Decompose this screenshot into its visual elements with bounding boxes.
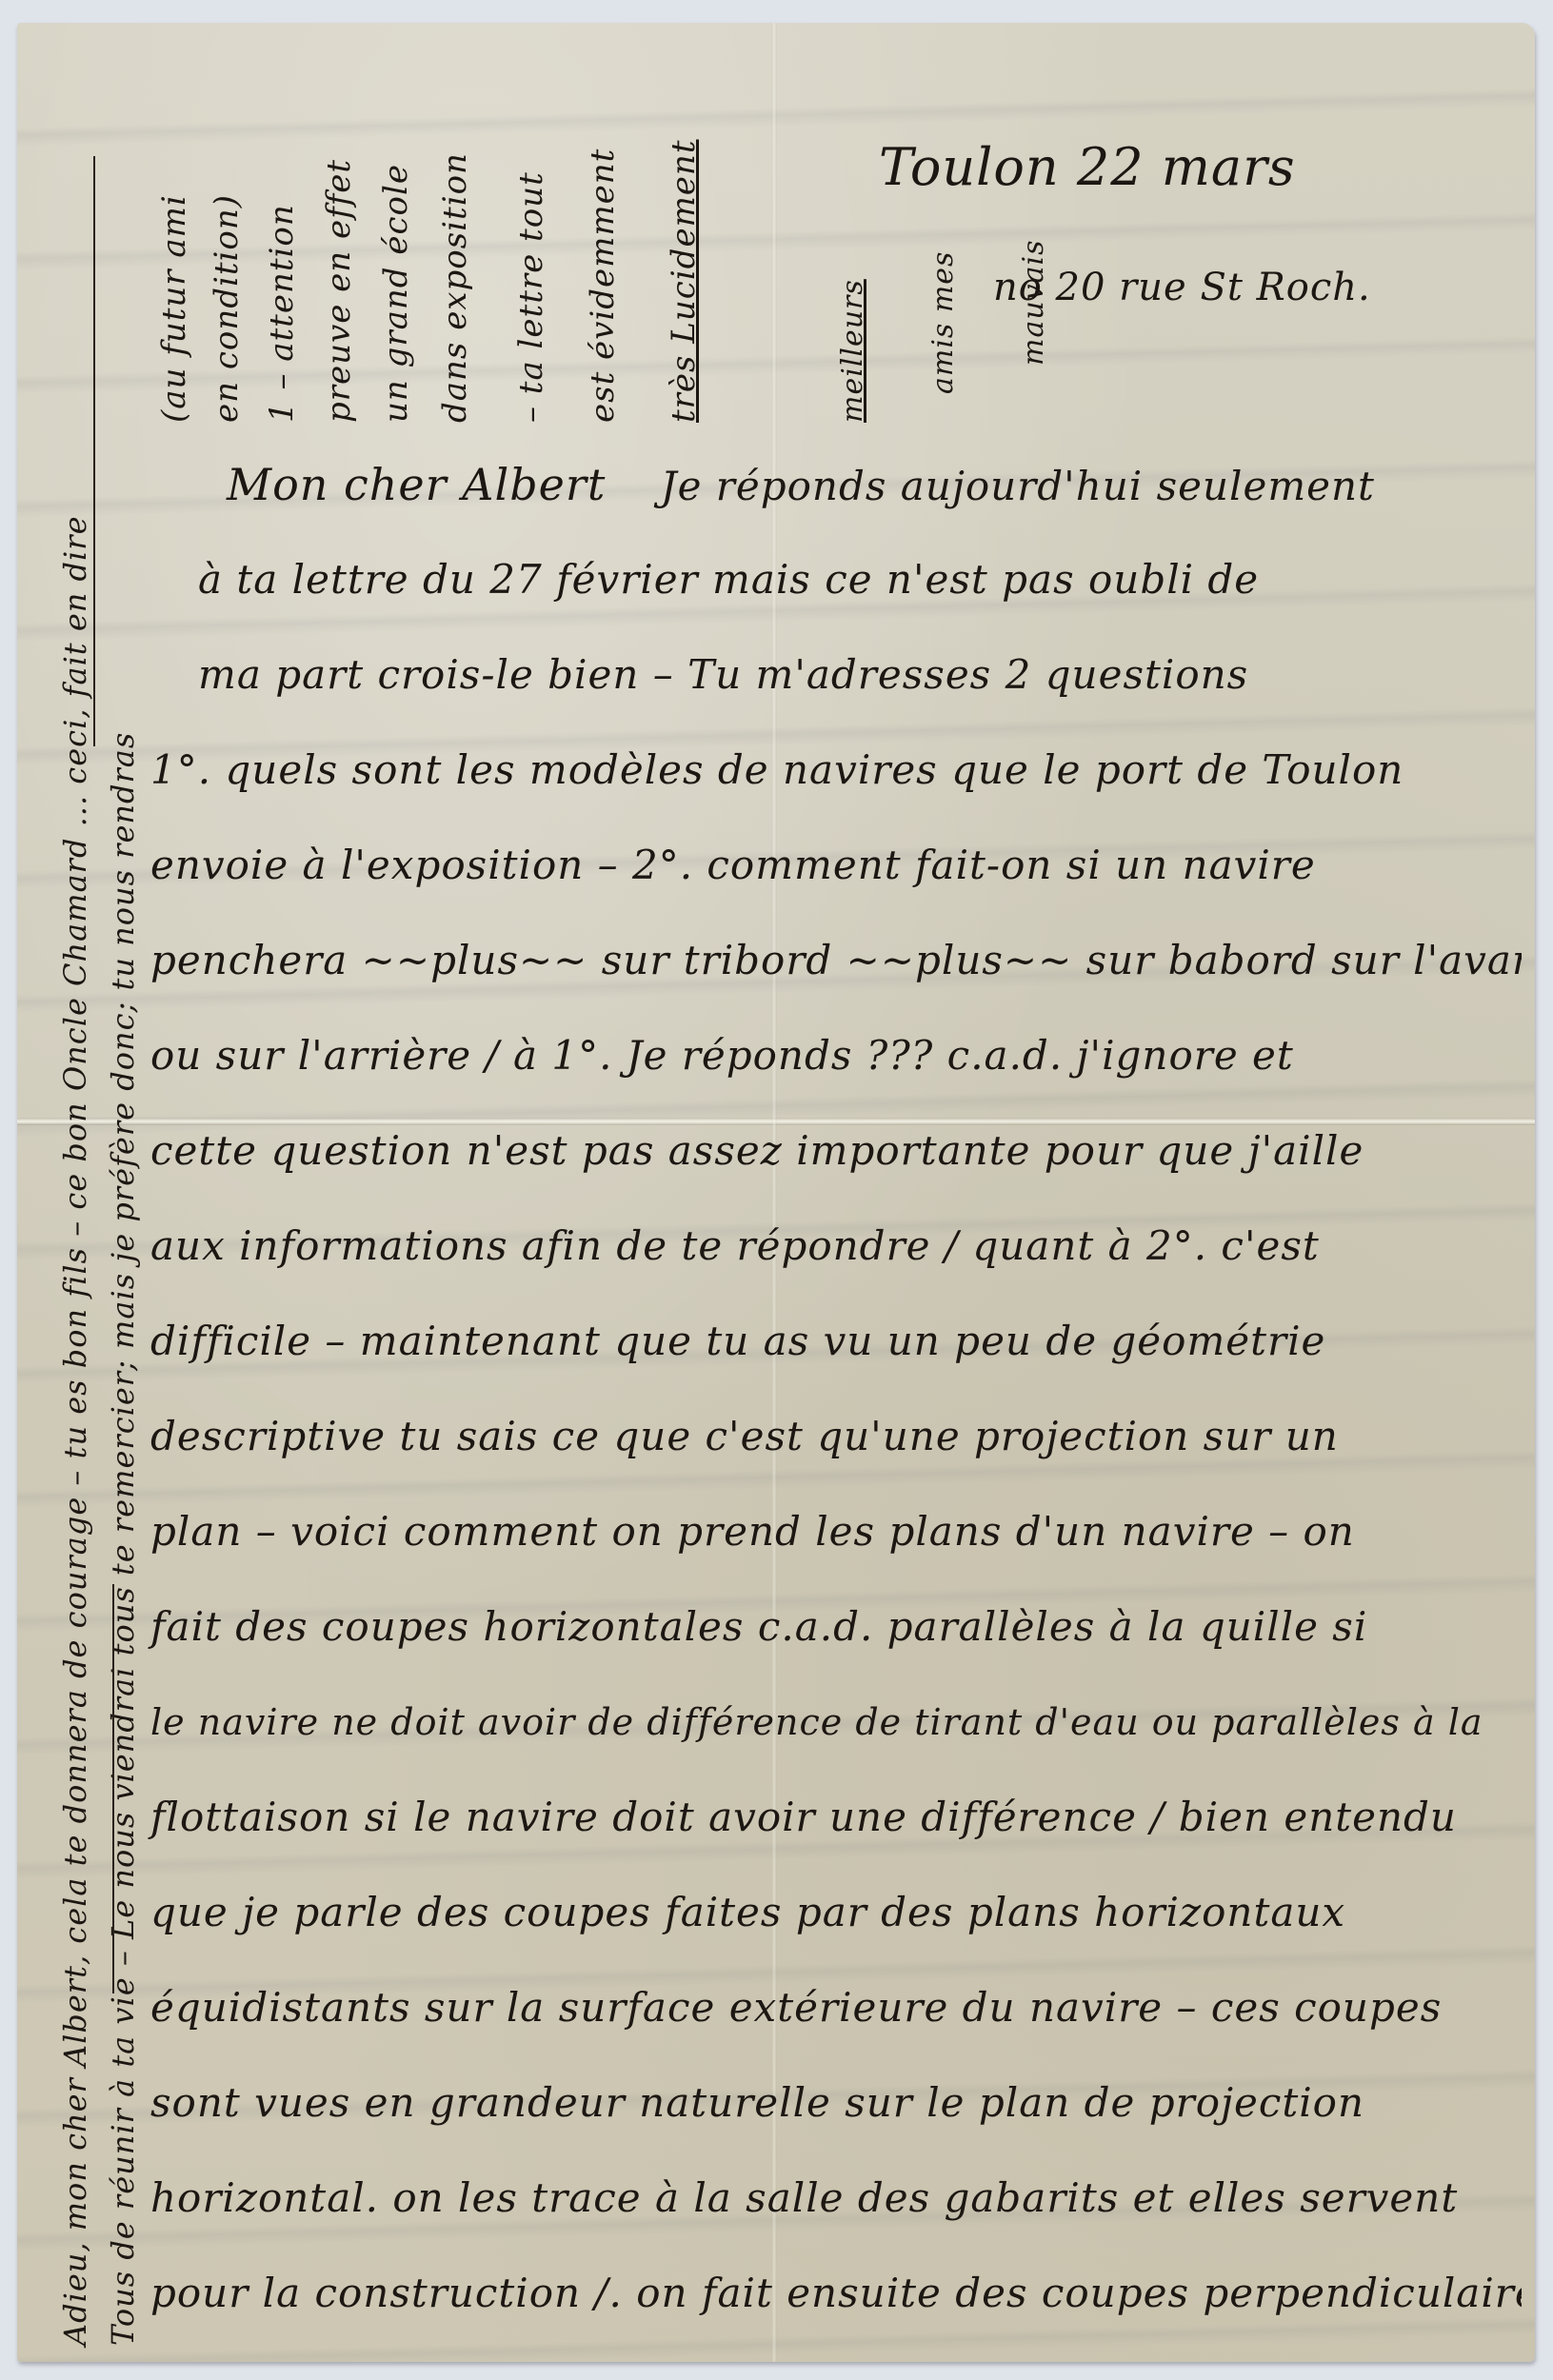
body-text: fait des coupes horizontales c.a.d. para…	[150, 1603, 1367, 1650]
body-text: ou sur l'arrière / à 1°. Je réponds ??? …	[150, 1032, 1294, 1079]
body-line-12: plan – voici comment on prend les plans …	[122, 1484, 1522, 1579]
left-margin-note-outer: Adieu, mon cher Albert, cela te donnera …	[57, 515, 93, 2346]
body-text: sont vues en grandeur naturelle sur le p…	[150, 2079, 1364, 2126]
body-line-7: ou sur l'arrière / à 1°. Je réponds ??? …	[122, 1008, 1522, 1103]
body-text: flottaison si le navire doit avoir une d…	[150, 1794, 1457, 1840]
body-text: pour la construction /. on fait ensuite …	[150, 2270, 1522, 2316]
top-margin-note-8: est évidemment	[584, 149, 622, 423]
top-margin-note-9: très Lucidement	[665, 140, 703, 424]
body-text: à ta lettre du 27 février mais ce n'est …	[198, 556, 1259, 603]
top-margin-note-2: en condition)	[208, 194, 246, 423]
left-margin-rule-bottom	[112, 1584, 114, 1993]
body-text: plan – voici comment on prend les plans …	[150, 1508, 1355, 1555]
body-text: difficile – maintenant que tu as vu un p…	[150, 1318, 1325, 1364]
body-line-15: flottaison si le navire doit avoir une d…	[122, 1770, 1522, 1865]
body-line-4: 1°. quels sont les modèles de navires qu…	[122, 723, 1522, 818]
body-text: Je réponds aujourd'hui seulement	[661, 463, 1375, 509]
body-text: que je parle des coupes faites par des p…	[150, 1889, 1345, 1935]
body-text: envoie à l'exposition – 2°. comment fait…	[150, 842, 1316, 888]
body-line-1: Mon cher Albert Je réponds aujourd'hui s…	[122, 437, 1522, 532]
body-text: le navire ne doit avoir de différence de…	[150, 1701, 1483, 1743]
body-text: équidistants sur la surface extérieure d…	[150, 1984, 1442, 2031]
body-line-3: ma part crois-le bien – Tu m'adresses 2 …	[122, 627, 1522, 723]
salutation: Mon cher Albert	[227, 459, 606, 510]
top-margin-note-12: mauvais	[1017, 240, 1050, 366]
top-margin-note-3: 1 – attention	[263, 204, 301, 423]
body-text: cette question n'est pas assez important…	[150, 1127, 1364, 1174]
body-text: descriptive tu sais ce que c'est qu'une …	[150, 1413, 1339, 1459]
body-text: penchera ~~plus~~ sur tribord ~~plus~~ s…	[150, 937, 1522, 983]
top-margin-note-11: amis mes	[926, 251, 960, 394]
body-line-14: le navire ne doit avoir de différence de…	[122, 1675, 1522, 1770]
top-margin-note-7: – ta lettre tout	[512, 171, 550, 423]
top-margin-note-5: un grand école	[377, 164, 415, 423]
top-margin-note-10: meilleurs	[836, 279, 869, 423]
body-line-18: sont vues en grandeur naturelle sur le p…	[122, 2055, 1522, 2151]
body-text: horizontal. on les trace à la salle des …	[150, 2174, 1458, 2221]
body-line-19: horizontal. on les trace à la salle des …	[122, 2151, 1522, 2246]
body-text: ma part crois-le bien – Tu m'adresses 2 …	[198, 651, 1248, 698]
body-text: 1°. quels sont les modèles de navires qu…	[150, 746, 1404, 793]
letter-body: Mon cher Albert Je réponds aujourd'hui s…	[122, 437, 1522, 2341]
top-margin-note-4: preuve en effet	[320, 159, 358, 423]
place-and-date: Toulon 22 mars	[879, 137, 1296, 197]
body-line-20: pour la construction /. on fait ensuite …	[122, 2246, 1522, 2341]
top-margin-note-6: dans exposition	[436, 152, 474, 423]
body-line-17: équidistants sur la surface extérieure d…	[122, 1960, 1522, 2055]
body-line-9: aux informations afin de te répondre / q…	[122, 1199, 1522, 1294]
body-line-2: à ta lettre du 27 février mais ce n'est …	[122, 532, 1522, 627]
body-line-8: cette question n'est pas assez important…	[122, 1103, 1522, 1199]
body-line-6: penchera ~~plus~~ sur tribord ~~plus~~ s…	[122, 913, 1522, 1008]
body-line-16: que je parle des coupes faites par des p…	[122, 1865, 1522, 1960]
top-margin-note-1: (au futur ami	[155, 194, 193, 423]
body-text: aux informations afin de te répondre / q…	[150, 1222, 1320, 1269]
body-line-11: descriptive tu sais ce que c'est qu'une …	[122, 1389, 1522, 1484]
body-line-13: fait des coupes horizontales c.a.d. para…	[122, 1579, 1522, 1675]
body-line-10: difficile – maintenant que tu as vu un p…	[122, 1294, 1522, 1389]
body-line-5: envoie à l'exposition – 2°. comment fait…	[122, 818, 1522, 913]
letter-page: Toulon 22 mars no 20 rue St Roch. (au fu…	[17, 23, 1535, 2362]
left-margin-rule-top	[93, 156, 95, 746]
